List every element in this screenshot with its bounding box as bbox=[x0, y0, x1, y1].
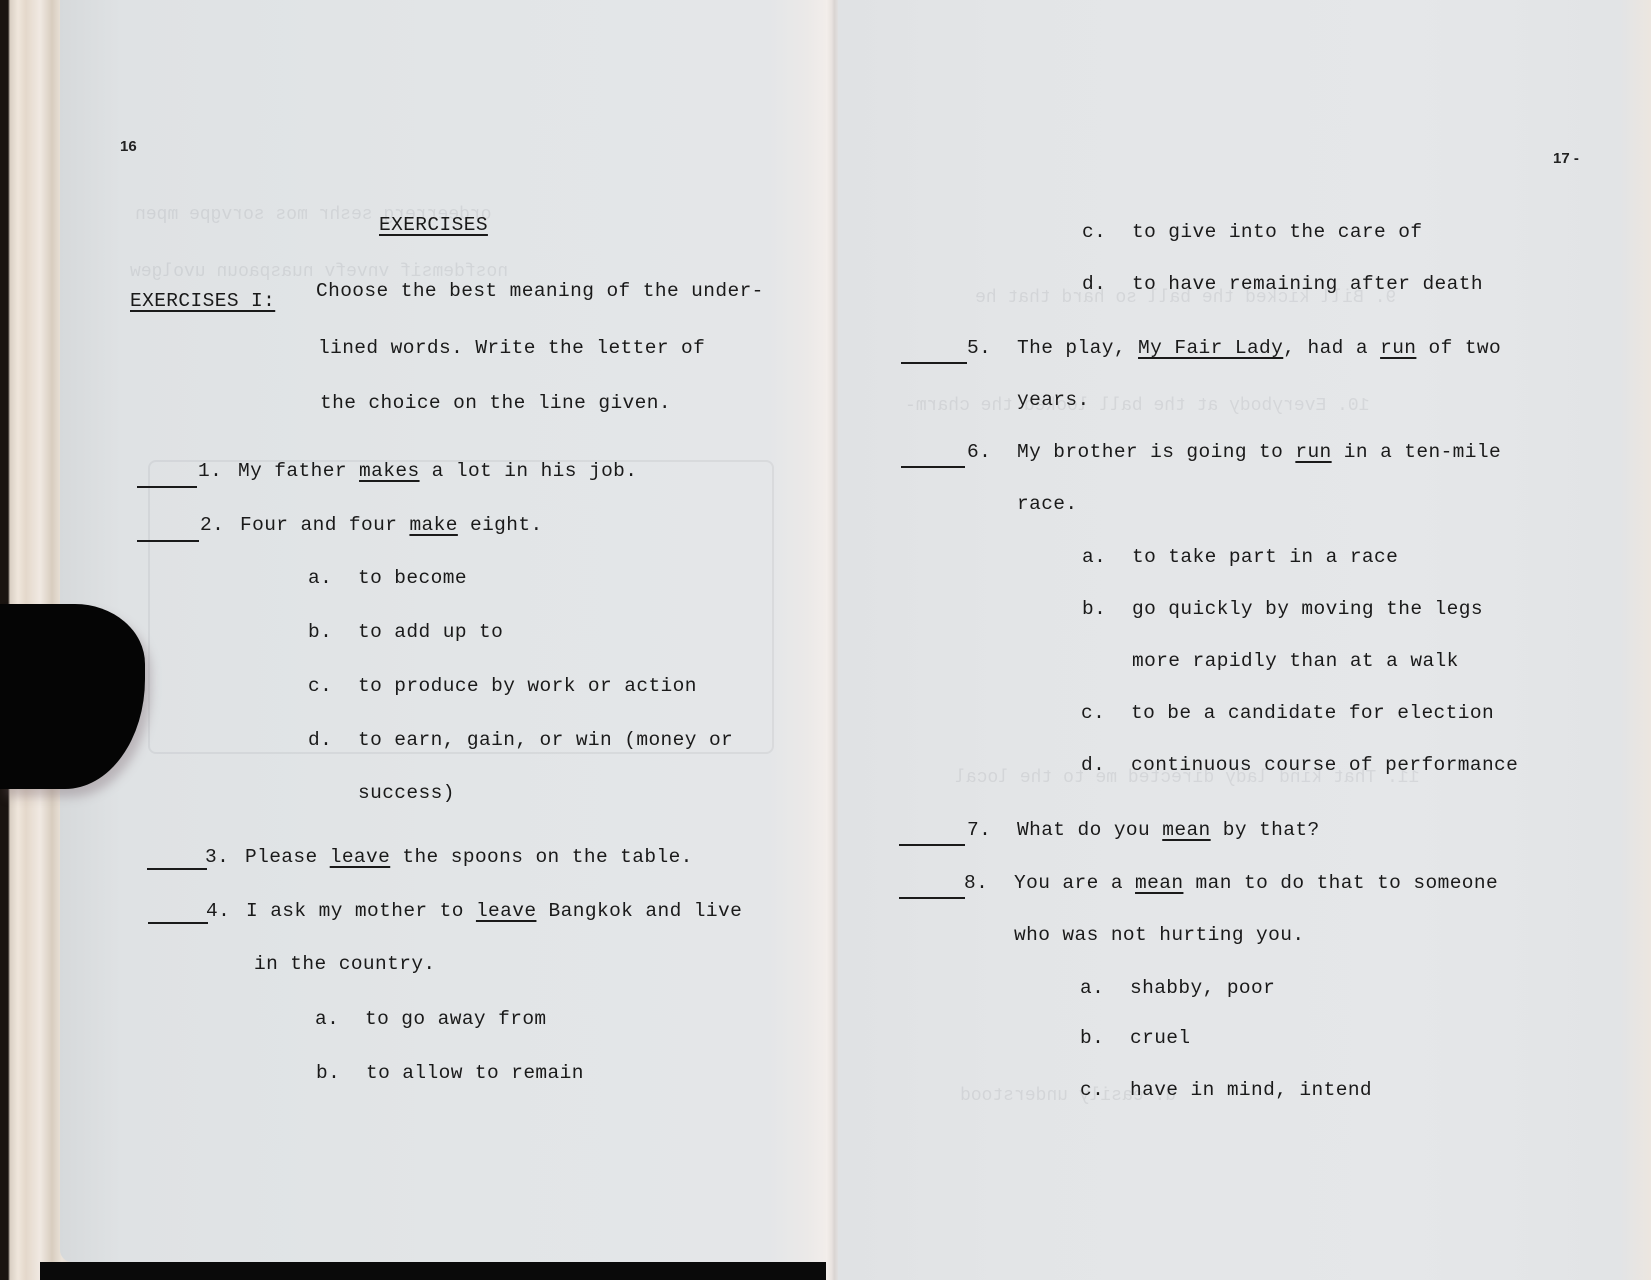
page-title: EXERCISES bbox=[379, 214, 488, 236]
answer-blank-3[interactable] bbox=[147, 868, 207, 870]
option-d: d.continuous course of performance bbox=[1081, 754, 1518, 776]
answer-blank-8[interactable] bbox=[899, 897, 965, 899]
underlined-word: makes bbox=[359, 460, 420, 482]
underlined-word: run bbox=[1295, 441, 1331, 463]
question-7: 7.What do you mean by that? bbox=[967, 819, 1320, 841]
question-5: 5.The play, My Fair Lady, had a run of t… bbox=[967, 337, 1501, 359]
page-number: 17 - bbox=[1553, 150, 1579, 167]
option-c: c.to give into the care of bbox=[1082, 221, 1422, 243]
option-b: b.to add up to bbox=[308, 621, 503, 643]
question-5-continuation: years. bbox=[1017, 389, 1090, 411]
question-4-continuation: in the country. bbox=[254, 953, 436, 975]
option-c: c.have in mind, intend bbox=[1080, 1079, 1372, 1101]
answer-blank-1[interactable] bbox=[137, 486, 197, 488]
option-a: a.shabby, poor bbox=[1080, 977, 1275, 999]
option-a: a.to go away from bbox=[315, 1008, 547, 1030]
option-b: b.to allow to remain bbox=[316, 1062, 584, 1084]
option-b-continuation: more rapidly than at a walk bbox=[1082, 650, 1459, 672]
option-d: d.to earn, gain, or win (money or bbox=[308, 729, 733, 751]
underlined-word: mean bbox=[1162, 819, 1210, 841]
option-d-continuation: success) bbox=[358, 782, 455, 804]
underlined-word: leave bbox=[476, 900, 537, 922]
question-8: 8.You are a mean man to do that to someo… bbox=[964, 872, 1498, 894]
underlined-word: make bbox=[409, 514, 457, 536]
page-shadow bbox=[40, 1262, 820, 1280]
question-1: 1.My father makes a lot in his job. bbox=[198, 460, 637, 482]
question-4: 4.I ask my mother to leave Bangkok and l… bbox=[206, 900, 742, 922]
question-6-continuation: race. bbox=[1017, 493, 1078, 515]
answer-blank-4[interactable] bbox=[148, 922, 208, 924]
underlined-word: run bbox=[1380, 337, 1416, 359]
answer-blank-5[interactable] bbox=[901, 362, 967, 364]
page-number: 16 bbox=[120, 138, 137, 155]
open-book-spread: ordeerrerg seshr mos sorvgpe mpen nosfde… bbox=[0, 0, 1651, 1280]
underlined-word: mean bbox=[1135, 872, 1183, 894]
answer-blank-6[interactable] bbox=[901, 466, 965, 468]
option-b: b.cruel bbox=[1080, 1027, 1191, 1049]
question-2: 2.Four and four make eight. bbox=[200, 514, 543, 536]
instruction-line: Choose the best meaning of the under- bbox=[316, 280, 764, 302]
option-c: c.to be a candidate for election bbox=[1081, 702, 1494, 724]
option-a: a.to take part in a race bbox=[1082, 546, 1398, 568]
section-label: EXERCISES I: bbox=[130, 290, 275, 312]
instruction-line: the choice on the line given. bbox=[320, 392, 671, 414]
option-a: a.to become bbox=[308, 567, 467, 589]
option-c: c.to produce by work or action bbox=[308, 675, 697, 697]
instruction-line: lined words. Write the letter of bbox=[318, 337, 705, 359]
question-8-continuation: who was not hurting you. bbox=[1014, 924, 1304, 946]
answer-blank-7[interactable] bbox=[899, 844, 965, 846]
question-3: 3.Please leave the spoons on the table. bbox=[205, 846, 693, 868]
option-b: b.go quickly by moving the legs bbox=[1082, 598, 1483, 620]
underlined-word: leave bbox=[330, 846, 391, 868]
question-6: 6.My brother is going to run in a ten-mi… bbox=[967, 441, 1501, 463]
underlined-title: My Fair Lady bbox=[1138, 337, 1283, 359]
answer-blank-2[interactable] bbox=[137, 540, 199, 542]
option-d: d.to have remaining after death bbox=[1082, 273, 1483, 295]
